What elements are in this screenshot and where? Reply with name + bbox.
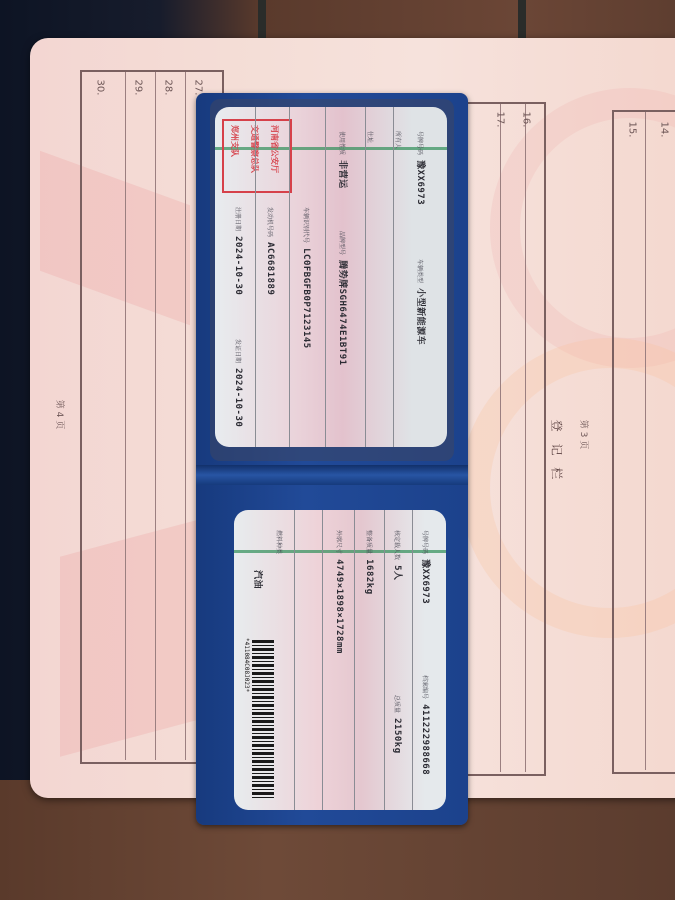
issue-date-label: 发证日期 [234,339,241,363]
engine-field: 发动机号码 AC6681889 [264,207,283,295]
plate-value: 豫XX6973 [415,160,425,205]
issue-date-field: 发证日期 2024-10-30 [232,339,251,427]
vehicle-type-value: 小型新能源车 [415,288,425,345]
passengers-value: 5人 [392,565,402,580]
model-label: 品牌型号 [338,231,345,255]
field-divider [412,510,413,810]
field-divider [354,510,355,810]
register-date-value: 2024-10-30 [233,236,243,295]
file-no-field: 档案编号 411222988668 [419,675,438,775]
stamp-line: 河南省公安厅 [269,125,280,173]
address-field: 住址 [364,131,383,143]
vin-value: LC0FBGFB0P7123145 [301,248,311,349]
row-divider [645,112,646,770]
row-number: 15. [626,122,637,138]
use-character-label: 使用性质 [338,131,345,155]
fuel-field: 燃料种类 [273,530,292,554]
engine-label: 发动机号码 [266,207,273,237]
stamp-line: 郑州支队 [229,125,240,157]
field-divider [322,510,323,810]
license-card-front: 河南省公安厅 交通警察总队 郑州支队 号牌号码 豫XX6973 车辆类型 小型新… [215,107,447,447]
total-mass-value: 2150kg [392,718,402,754]
row-divider [125,72,126,760]
vin-field: 车辆识别代号 LC0FBGFB0P7123145 [300,207,319,349]
passengers-field: 核定载人数 5人 [391,530,410,581]
plate-label: 号牌号码 [416,131,423,155]
register-date-label: 注册日期 [234,207,241,231]
official-stamp: 河南省公安厅 交通警察总队 郑州支队 [222,119,292,193]
plate-label: 号牌号码 [421,530,428,554]
row-divider [155,72,156,760]
plate-field-back: 号牌号码 豫XX6973 [419,530,438,604]
dimensions-value: 4749×1898×1728mm [334,559,344,654]
fuel-value: 汽油 [252,570,262,589]
curb-mass-value: 1682kg [364,559,374,595]
field-divider [393,107,394,447]
vin-label: 车辆识别代号 [302,207,309,243]
section-title: 登 记 栏 [548,420,565,484]
address-label: 住址 [366,131,373,143]
field-divider [325,107,326,447]
model-field: 品牌型号 腾势牌SGH6474E1BT91 [336,231,355,366]
issue-date-value: 2024-10-30 [233,368,243,427]
model-value: 腾势牌SGH6474E1BT91 [337,260,347,365]
engine-value: AC6681889 [265,242,275,295]
row-divider [185,72,186,760]
dimensions-field: 外廓尺寸 4749×1898×1728mm [333,530,352,654]
vehicle-type-field: 车辆类型 小型新能源车 [414,259,433,345]
page-label-left: 第 4 页 [54,400,67,429]
file-no-label: 档案编号 [421,675,428,699]
barcode-number: *411084C08J023* [243,638,250,692]
row-number: 29. [132,80,143,96]
fuel-label: 燃料种类 [275,530,282,554]
page-label-right: 第 3 页 [578,420,591,449]
row-number: 17. [494,112,505,128]
total-mass-label: 总质量 [393,695,400,713]
owner-label: 所有人 [394,131,401,149]
plate-value: 豫XX6973 [420,559,430,604]
owner-field: 所有人 [392,131,411,149]
field-divider [384,510,385,810]
row-divider [500,104,501,772]
license-card-back: 号牌号码 豫XX6973 档案编号 411222988668 核定载人数 5人 … [234,510,446,810]
register-date-field: 注册日期 2024-10-30 [232,207,251,295]
vehicle-type-label: 车辆类型 [416,259,423,283]
plate-field: 号牌号码 豫XX6973 [414,131,433,205]
use-character-value: 非营运 [337,160,347,189]
field-divider [294,510,295,810]
dimensions-label: 外廓尺寸 [335,530,342,554]
right-page-frame-left [466,102,546,776]
total-mass-field: 总质量 2150kg [391,695,410,754]
holder-fold [196,465,468,485]
barcode [252,640,274,800]
field-divider [289,107,290,447]
field-divider [365,107,366,447]
row-number: 14. [658,122,669,138]
row-divider [525,104,526,772]
right-page-frame-right [612,110,675,774]
row-number: 28. [162,80,173,96]
curb-mass-label: 整备质量 [365,530,372,554]
file-no-value: 411222988668 [420,704,430,775]
passengers-label: 核定载人数 [393,530,400,560]
row-number: 30. [94,80,105,96]
fuel-value-field: 汽油 [251,570,270,589]
curb-mass-field: 整备质量 1682kg [363,530,382,595]
row-number: 16. [520,112,531,128]
use-character-field: 使用性质 非营运 [336,131,355,189]
field-divider [255,107,256,447]
